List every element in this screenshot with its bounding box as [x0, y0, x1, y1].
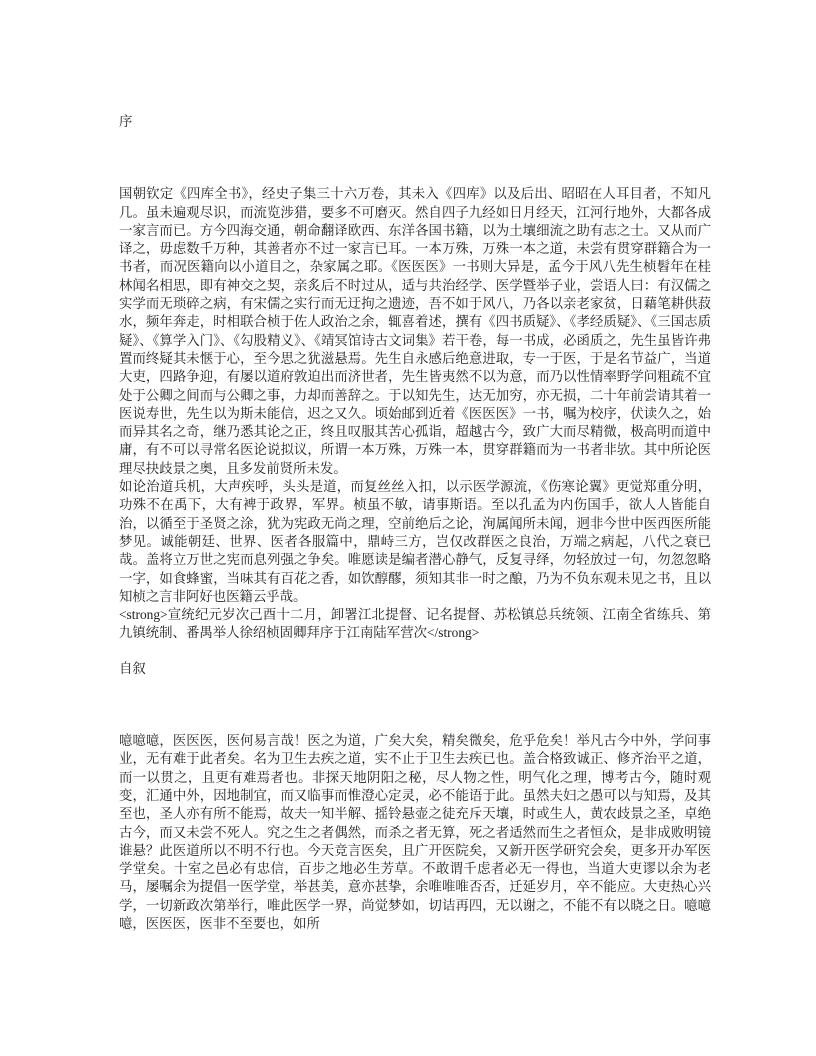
preface-title: 序 [119, 113, 711, 131]
self-narration-body: 噫噫噫，医医医，医何易言哉！医之为道，广矣大矣，精矣微矣，危乎危矣！举凡古今中外… [119, 732, 711, 933]
preface-body: 国朝钦定《四库全书》，经史子集三十六万卷，其未入《四库》以及后出、昭昭在人耳目者… [119, 185, 711, 642]
self-narration-title: 自叙 [119, 660, 711, 678]
document-page: 序 国朝钦定《四库全书》，经史子集三十六万卷，其未入《四库》以及后出、昭昭在人耳… [0, 0, 816, 1056]
